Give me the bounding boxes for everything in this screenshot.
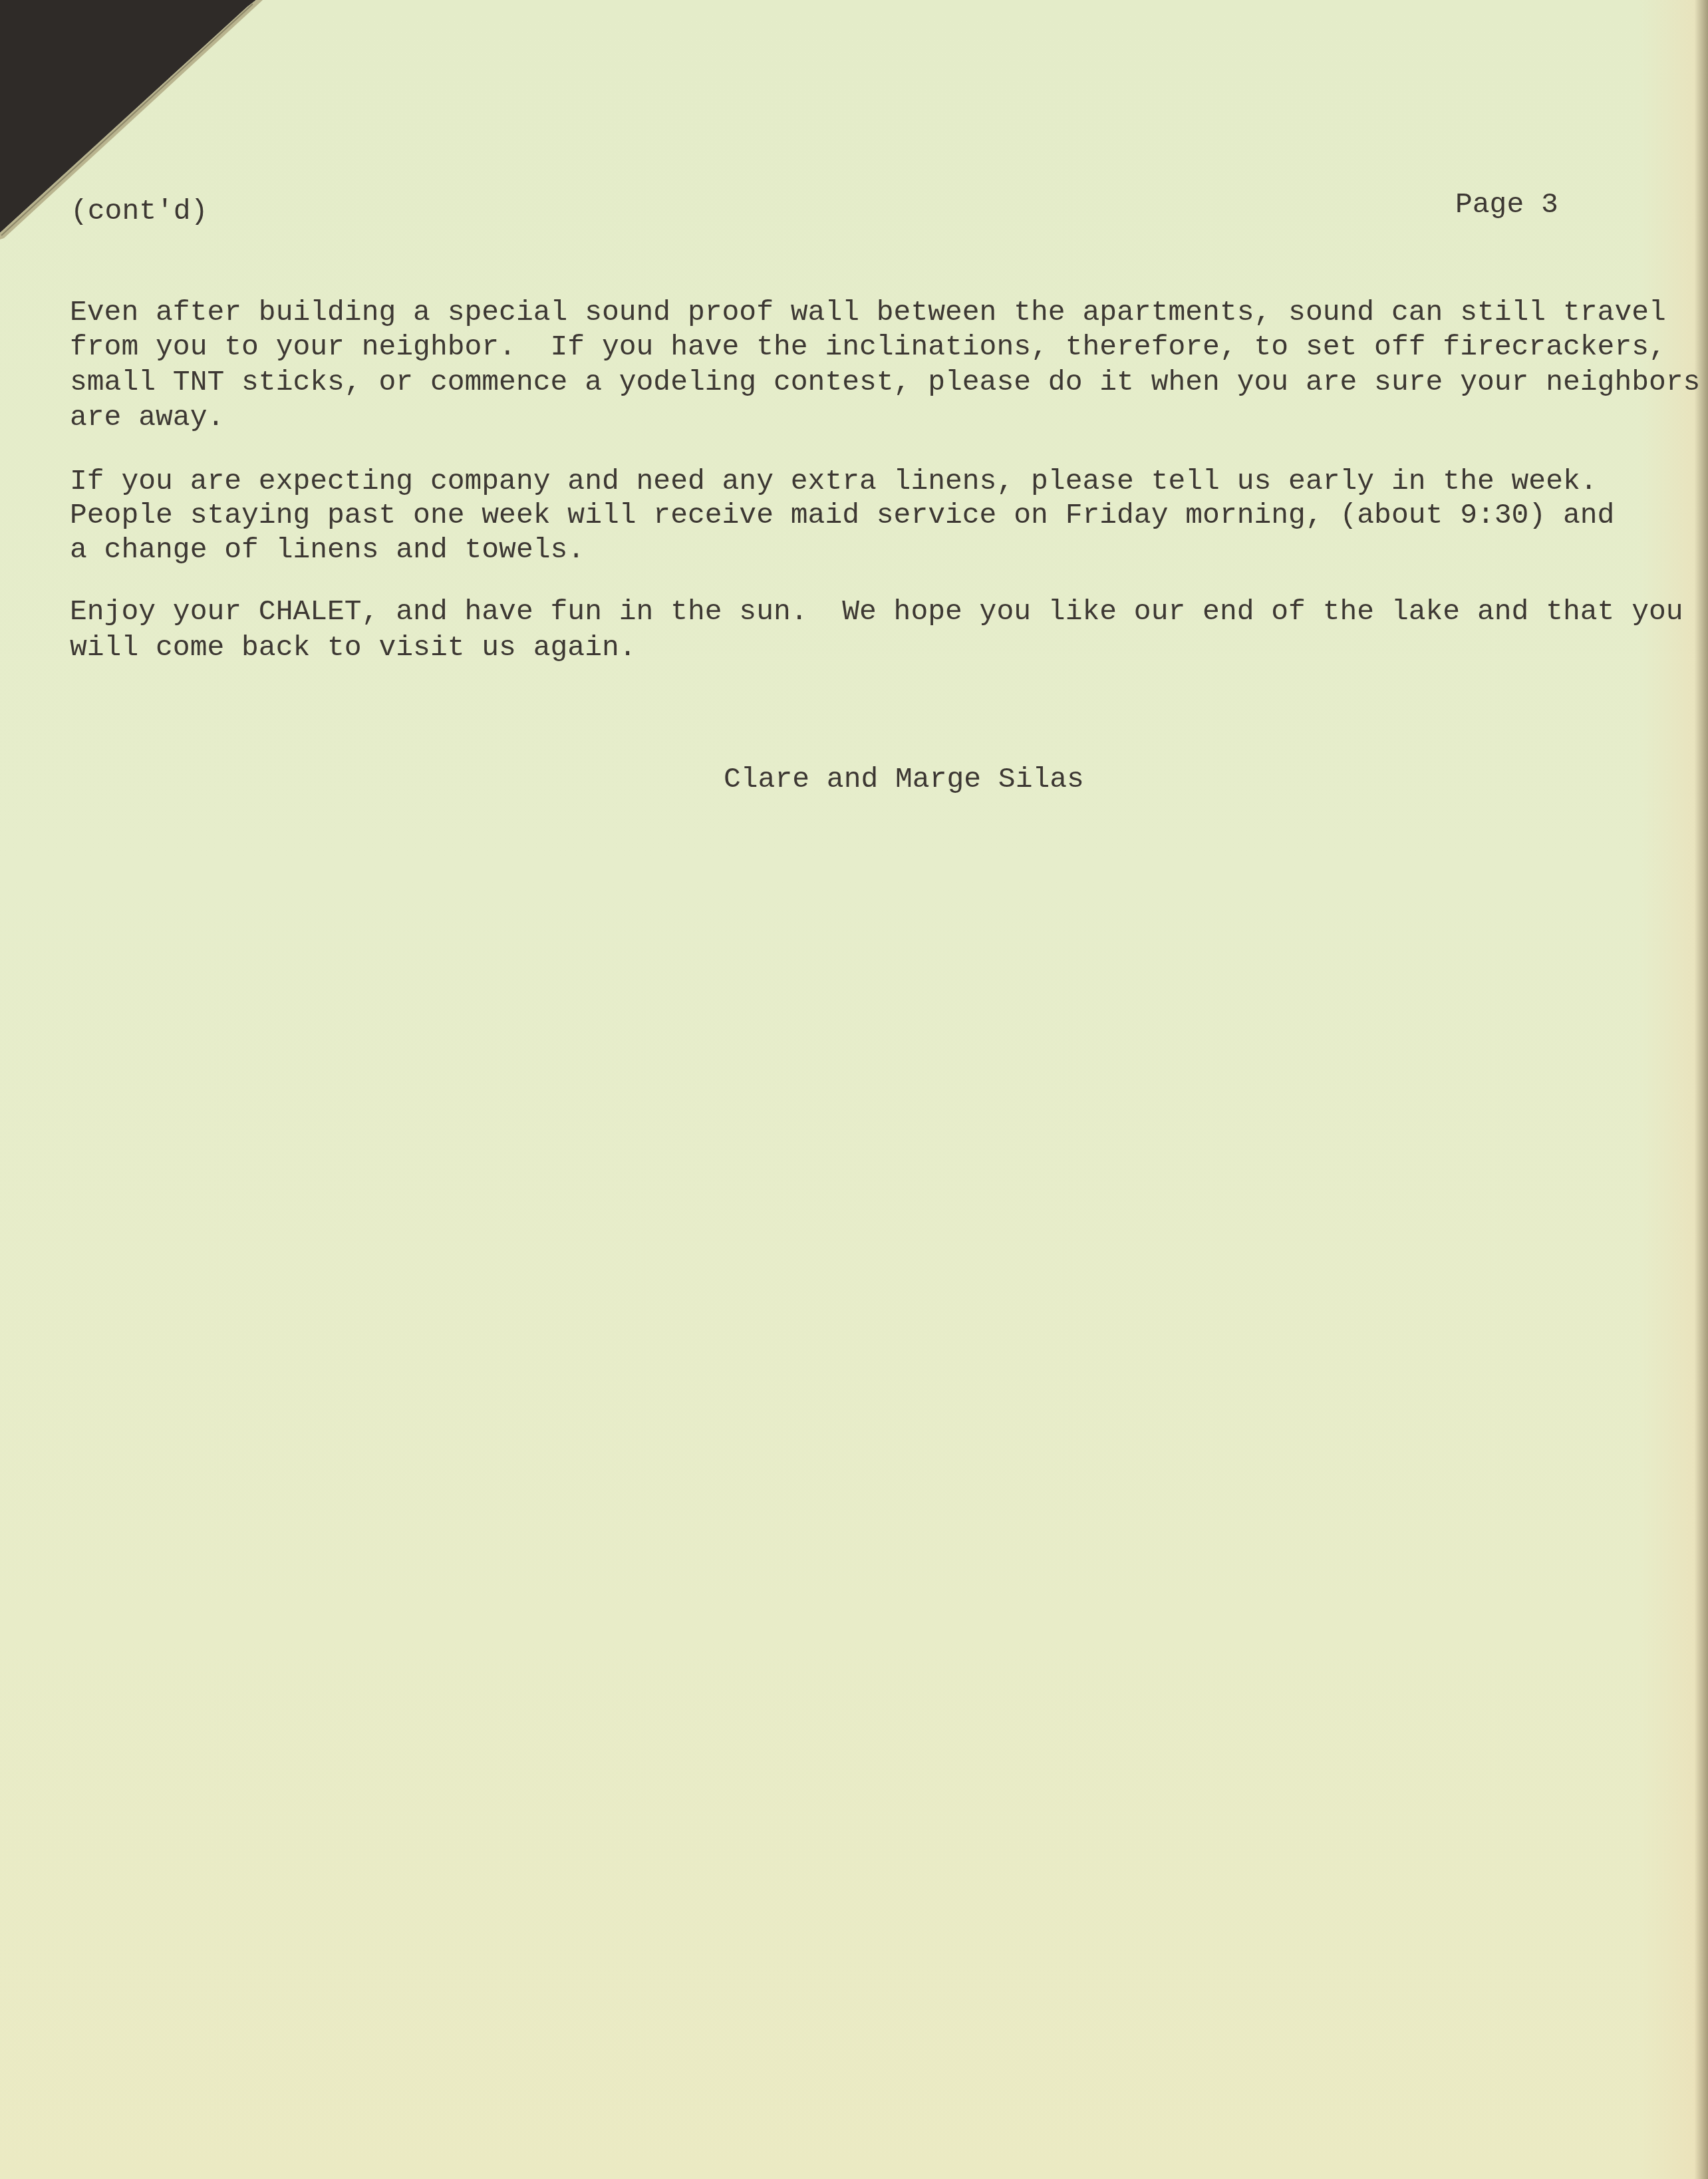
text-line: Even after building a special sound proo… [70,298,1666,327]
text-line: will come back to visit us again. [70,633,637,662]
page-number: Page 3 [1455,190,1558,219]
text-line: People staying past one week will receiv… [70,501,1614,529]
text-line: small TNT sticks, or commence a yodeling… [70,368,1700,396]
signature: Clare and Marge Silas [724,765,1084,794]
text-line: Enjoy your CHALET, and have fun in the s… [70,597,1683,626]
text-line: a change of linens and towels. [70,535,585,564]
text-line: from you to your neighbor. If you have t… [70,333,1666,361]
text-line: are away. [70,403,224,432]
text-line: If you are expecting company and need an… [70,467,1598,496]
continued-label: (cont'd) [71,197,208,225]
